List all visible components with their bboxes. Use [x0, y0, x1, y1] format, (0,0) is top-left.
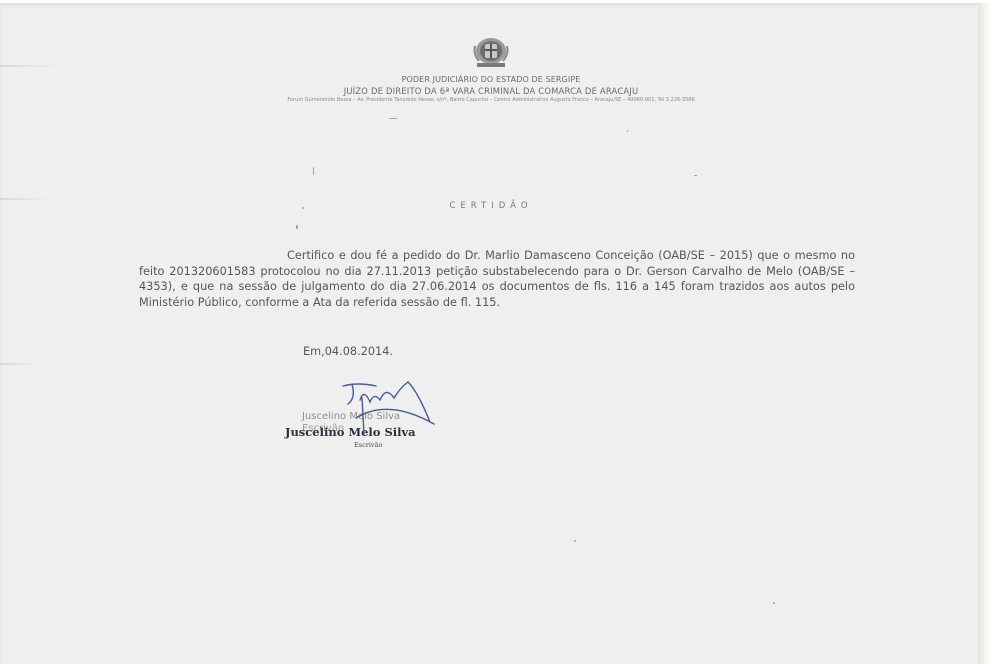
handwritten-signature-icon: [338, 378, 478, 438]
certificate-paragraph: Certifico e dou fé a pedido do Dr. Marli…: [139, 248, 855, 310]
scan-speck: [313, 167, 314, 175]
certificate-body: Certifico e dou fé a pedido do Dr. Marli…: [139, 248, 855, 310]
document-title: CERTIDÃO: [0, 201, 982, 211]
scan-artifact: [0, 363, 40, 365]
scan-speck: [389, 118, 397, 119]
scan-speck: [694, 175, 697, 176]
scan-speck: [627, 130, 628, 132]
signer-stamp-role: Escrivão: [354, 441, 382, 449]
scan-artifact: [0, 65, 60, 67]
coat-of-arms-icon: [471, 36, 511, 70]
scan-speck: [574, 540, 576, 542]
court-name: JUÍZO DE DIREITO DA 6ª VARA CRIMINAL DA …: [0, 86, 982, 96]
institution-name: PODER JUDICIÁRIO DO ESTADO DE SERGIPE: [0, 75, 982, 84]
scan-speck: [296, 225, 298, 229]
scan-speck: [773, 602, 775, 604]
document-date: Em,04.08.2014.: [303, 345, 393, 358]
court-address: Forum Gumersindo Bessa – Av. Presidente …: [0, 97, 982, 103]
scan-artifact: [0, 198, 50, 200]
